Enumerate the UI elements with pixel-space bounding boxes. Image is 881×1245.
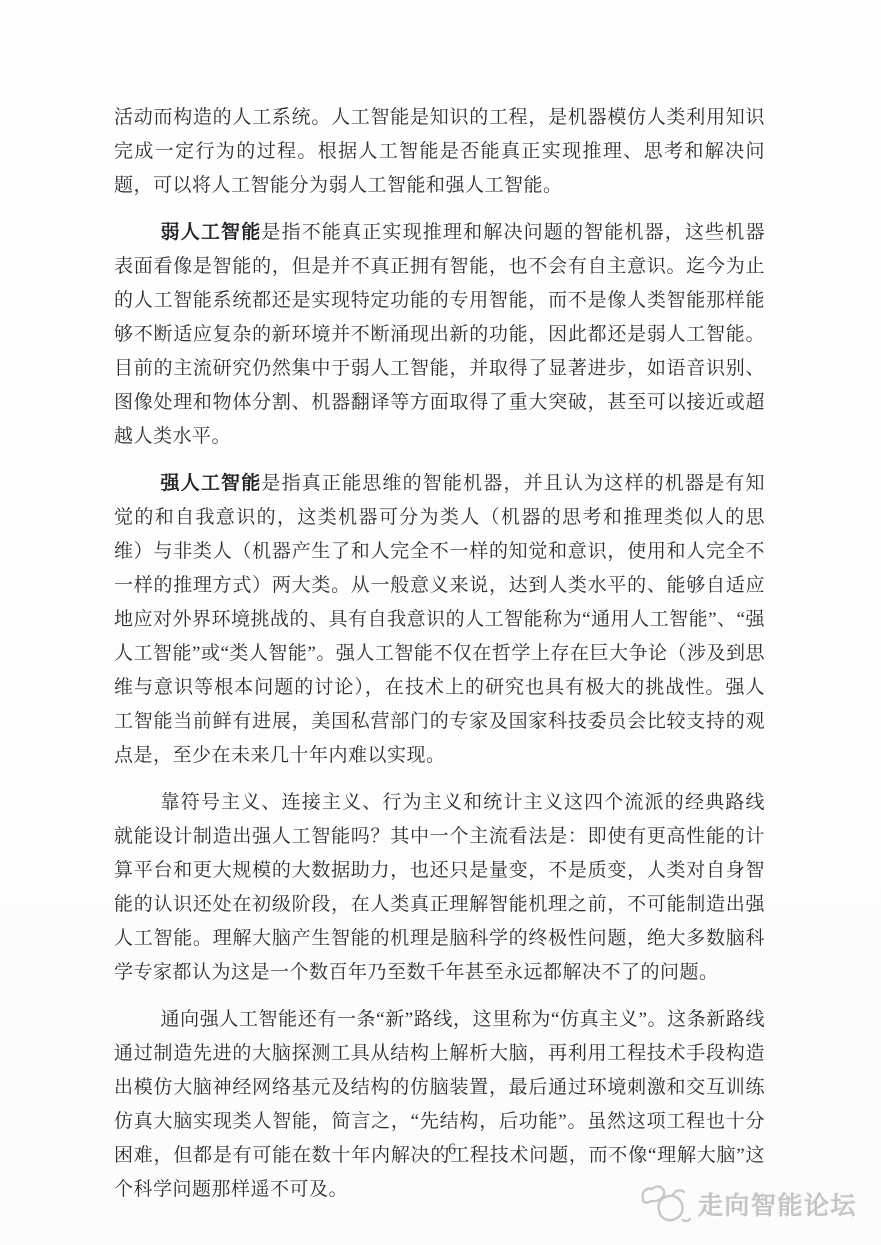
watermark-label: 走向智能论坛 bbox=[698, 1186, 857, 1222]
paragraph-2-text: 是指不能真正实现推理和解决问题的智能机器，这些机器表面看像是智能的，但是并不真正… bbox=[114, 222, 765, 447]
text-block: 活动而构造的人工系统。人工智能是知识的工程，是机器模仿人类利用知识完成一定行为的… bbox=[114, 101, 765, 1220]
paragraph-5: 通向强人工智能还有一条“新”路线，这里称为“仿真主义”。这条新路线通过制造先进的… bbox=[114, 1003, 765, 1207]
bird-logo-icon bbox=[639, 1180, 691, 1228]
paragraph-5-text: 通向强人工智能还有一条“新”路线，这里称为“仿真主义”。这条新路线通过制造先进的… bbox=[114, 1009, 765, 1200]
watermark: 走向智能论坛 bbox=[639, 1180, 857, 1228]
paragraph-4: 靠符号主义、连接主义、行为主义和统计主义这四个流派的经典路线就能设计制造出强人工… bbox=[114, 786, 765, 990]
paragraph-3: 强人工智能是指真正能思维的智能机器，并且认为这样的机器是有知觉的和自我意识的，这… bbox=[114, 467, 765, 773]
paragraph-3-text: 是指真正能思维的智能机器，并且认为这样的机器是有知觉的和自我意识的，这类机器可分… bbox=[114, 473, 765, 766]
paragraph-2: 弱人工智能是指不能真正实现推理和解决问题的智能机器，这些机器表面看像是智能的，但… bbox=[114, 216, 765, 454]
paragraph-3-lead-strong-ai-term: 强人工智能 bbox=[161, 473, 262, 494]
page-number: 6 bbox=[448, 1140, 456, 1160]
paragraph-4-text: 靠符号主义、连接主义、行为主义和统计主义这四个流派的经典路线就能设计制造出强人工… bbox=[114, 792, 765, 983]
paragraph-2-lead-weak-ai-term: 弱人工智能 bbox=[161, 222, 262, 243]
document-page: 活动而构造的人工系统。人工智能是知识的工程，是机器模仿人类利用知识完成一定行为的… bbox=[0, 0, 881, 1245]
paragraph-1: 活动而构造的人工系统。人工智能是知识的工程，是机器模仿人类利用知识完成一定行为的… bbox=[114, 101, 765, 203]
paragraph-1-text: 活动而构造的人工系统。人工智能是知识的工程，是机器模仿人类利用知识完成一定行为的… bbox=[114, 107, 765, 196]
